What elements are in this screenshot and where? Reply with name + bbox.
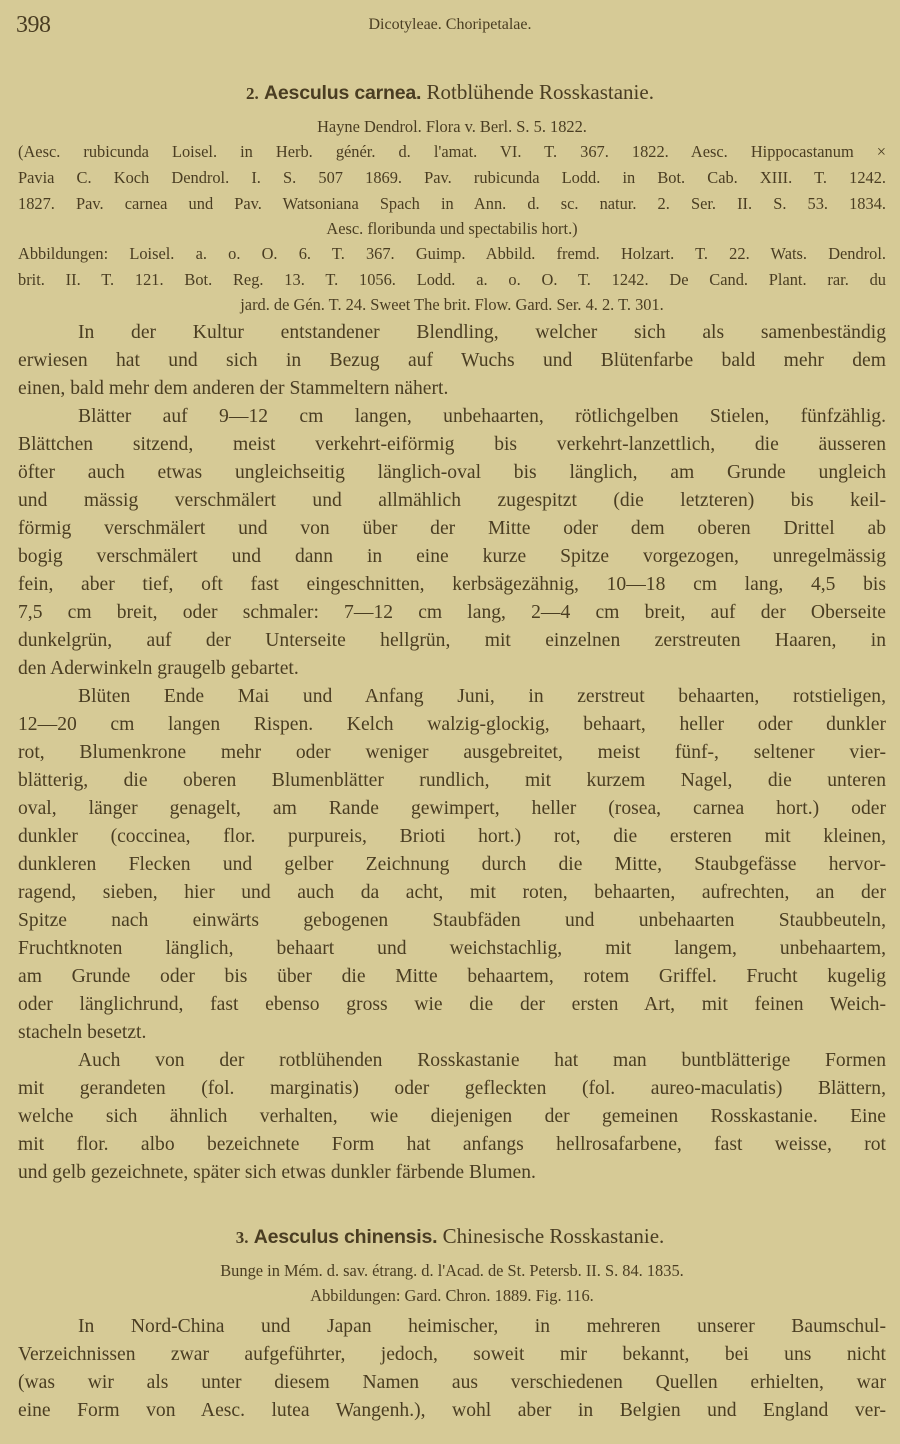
text-line: Auch von der rotblühenden Rosskastanie h… xyxy=(18,1047,886,1075)
text-line: Fruchtknoten länglich, behaart und weich… xyxy=(18,935,886,963)
latin-name: Aesculus carnea. xyxy=(264,82,421,104)
text-line: dunkleren Flecken und gelber Zeichnung d… xyxy=(18,851,886,879)
text-line: oder länglichrund, fast ebenso gross wie… xyxy=(18,991,886,1019)
text-line: bogig verschmälert und dann in eine kurz… xyxy=(18,543,886,571)
synonym-line: Pavia C. Koch Dendrol. I. S. 507 1869. P… xyxy=(18,166,886,189)
text-line: ragend, sieben, hier und auch da acht, m… xyxy=(18,879,886,907)
illustrations-line: Abbildungen: Gard. Chron. 1889. Fig. 116… xyxy=(18,1284,886,1307)
text-line: öfter auch etwas ungleichseitig länglich… xyxy=(18,459,886,487)
text-line: mit gerandeten (fol. marginatis) oder ge… xyxy=(18,1075,886,1103)
text-line: 7,5 cm breit, oder schmaler: 7—12 cm lan… xyxy=(18,599,886,627)
text-line: erwiesen hat und sich in Bezug auf Wuchs… xyxy=(18,347,886,375)
text-line: In Nord-China und Japan heimischer, in m… xyxy=(18,1313,886,1341)
text-line: Spitze nach einwärts gebogenen Staubfäde… xyxy=(18,907,886,935)
text-line: Blüten Ende Mai und Anfang Juni, in zers… xyxy=(18,683,886,711)
running-title: Dicotyleae. Choripetalae. xyxy=(0,16,900,34)
citation: Bunge in Mém. d. sav. étrang. d. l'Acad.… xyxy=(18,1259,886,1282)
illustrations-line: Abbildungen: Loisel. a. o. O. 6. T. 367.… xyxy=(18,242,886,265)
text-line: einen, bald mehr dem anderen der Stammel… xyxy=(18,375,886,403)
text-line: den Aderwinkeln graugelb gebartet. xyxy=(18,655,886,683)
german-name: Chinesische Rosskastanie. xyxy=(443,1224,665,1248)
text-line: fein, aber tief, oft fast eingeschnitten… xyxy=(18,571,886,599)
text-line: dunkelgrün, auf der Unterseite hellgrün,… xyxy=(18,627,886,655)
text-line: Verzeichnissen zwar aufgeführter, jedoch… xyxy=(18,1341,886,1369)
section-heading-aesculus-carnea: 2. Aesculus carnea. Rotblühende Rosskast… xyxy=(0,80,900,105)
section-number: 2. xyxy=(246,84,259,103)
text-line: oval, länger genagelt, am Rande gewimper… xyxy=(18,795,886,823)
text-line: und gelb gezeichnete, später sich etwas … xyxy=(18,1159,886,1187)
text-line: und mässig verschmälert und allmählich z… xyxy=(18,487,886,515)
illustrations-line: jard. de Gén. T. 24. Sweet The brit. Flo… xyxy=(18,293,886,316)
illustrations-line: brit. II. T. 121. Bot. Reg. 13. T. 1056.… xyxy=(18,268,886,291)
text-line: blätterig, die oberen Blumenblätter rund… xyxy=(18,767,886,795)
text-line: am Grunde oder bis über die Mitte behaar… xyxy=(18,963,886,991)
text-line: welche sich ähnlich verhalten, wie dieje… xyxy=(18,1103,886,1131)
text-line: rot, Blumenkrone mehr oder weniger ausge… xyxy=(18,739,886,767)
section-number: 3. xyxy=(236,1228,249,1247)
german-name: Rotblühende Rosskastanie. xyxy=(426,80,653,104)
synonym-line: Aesc. floribunda und spectabilis hort.) xyxy=(18,217,886,240)
text-line: In der Kultur entstandener Blendling, we… xyxy=(18,319,886,347)
text-line: stacheln besetzt. xyxy=(18,1019,886,1047)
synonym-line: (Aesc. rubicunda Loisel. in Herb. génér.… xyxy=(18,140,886,163)
running-head: 398 Dicotyleae. Choripetalae. xyxy=(0,10,900,40)
text-line: (was wir als unter diesem Namen aus vers… xyxy=(18,1369,886,1397)
book-page: 398 Dicotyleae. Choripetalae. 2. Aesculu… xyxy=(0,0,900,1444)
text-line: eine Form von Aesc. lutea Wangenh.), woh… xyxy=(18,1397,886,1425)
synonym-line: 1827. Pav. carnea und Pav. Watsoniana Sp… xyxy=(18,192,886,215)
text-line: Blättchen sitzend, meist verkehrt-eiförm… xyxy=(18,431,886,459)
text-line: dunkler (coccinea, flor. purpureis, Brio… xyxy=(18,823,886,851)
text-line: förmig verschmälert und von über der Mit… xyxy=(18,515,886,543)
text-line: Blätter auf 9—12 cm langen, unbehaarten,… xyxy=(18,403,886,431)
text-line: 12—20 cm langen Rispen. Kelch walzig-glo… xyxy=(18,711,886,739)
section-heading-aesculus-chinensis: 3. Aesculus chinensis. Chinesische Rossk… xyxy=(0,1224,900,1249)
citation: Hayne Dendrol. Flora v. Berl. S. 5. 1822… xyxy=(18,115,886,138)
latin-name: Aesculus chinensis. xyxy=(254,1226,438,1248)
text-line: mit flor. albo bezeichnete Form hat anfa… xyxy=(18,1131,886,1159)
